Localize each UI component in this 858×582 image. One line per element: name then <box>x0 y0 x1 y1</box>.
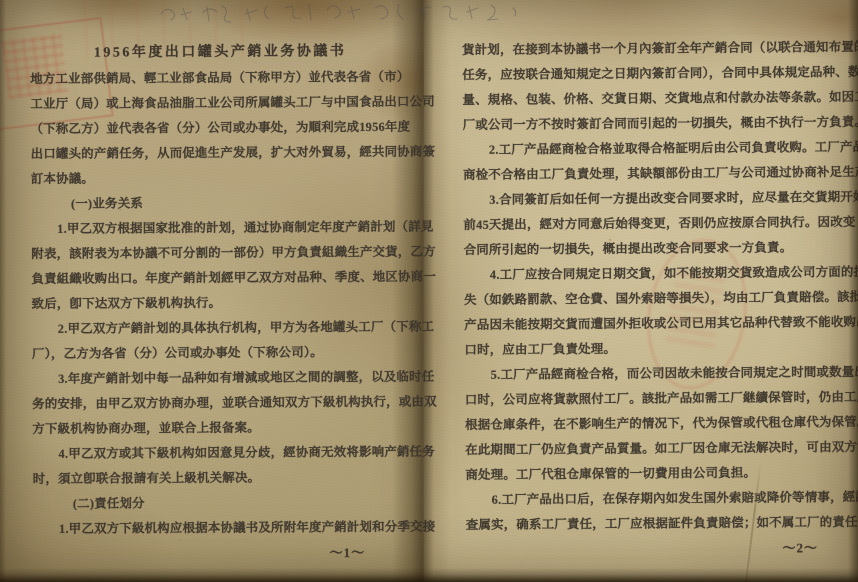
photo-edge-left <box>0 0 6 582</box>
text-line: 1.甲乙双方下級机构应根据本协議书及所附年度产銷計划和分季交接 <box>33 515 413 542</box>
text-line: 方下級机构协商办理，並联合上报备案。 <box>32 415 412 442</box>
text-line: 厂或公司一方不按时簽訂合同而引起的一切損失，概由不执行一方負責。 <box>463 110 841 138</box>
text-line: 量、規格、包装、价格、交貨日期、交貨地点和付款办法等条款。如因工 <box>462 85 840 113</box>
text-line: 負責組織收购出口。年度产銷計划經甲乙双方对品种、季度、地区协商一 <box>31 265 411 292</box>
text-line: 商检不合格由工厂負責处理，其缺額部份由工厂与公司通过协商补足生产。 <box>463 160 841 188</box>
text-line: 厂），乙方为各省（分）公司或办事处（下称公司）。 <box>32 340 412 367</box>
text-line: 查属实，确系工厂責任，工厂应根据証件負責賠偿；如不属工厂的責任則 <box>466 510 844 538</box>
text-line: 5.工厂产品經商检合格，而公司因故未能按合同規定之时間或数量出 <box>465 360 843 388</box>
text-line: 3.年度产銷計划中每一品种如有增減或地区之間的調整，以及临时任 <box>32 365 412 392</box>
text-line: 工业厅（局）或上海食品油脂工业公司所属罐头工厂与中国食品出口公司 <box>30 90 410 117</box>
text-line: 地方工业部供銷局、輕工业部食品局（下称甲方）並代表各省（市） <box>30 65 410 92</box>
text-line: 4.工厂应按合同規定日期交貨，如不能按期交貨致造成公司方面的損 <box>464 260 842 288</box>
handwriting-mark <box>155 0 525 30</box>
text-line: 失（如鉄路罰款、空仓費、国外索賠等損失），均由工厂負責賠偿。該批 <box>464 285 842 313</box>
text-line: 务的安排，由甲乙双方协商办理，並联合通知双方下級机构执行，或由双 <box>32 390 412 417</box>
text-line: 出口罐头的产銷任务，从而促進生产发展，扩大对外貿易，經共同协商簽 <box>31 140 411 167</box>
page-number-1: ～1～ <box>33 540 413 567</box>
photo-edge-bottom <box>0 568 858 582</box>
text-line: 在此期間工厂仍应負責产品質量。如工厂因仓庫无法解决时，可由双方协 <box>465 435 843 463</box>
text-line: 6.工厂产品出口后，在保存期內如发生国外索賠或降价等情事，經調 <box>466 485 844 513</box>
scanned-document-photo: 1956年度出口罐头产銷业务协議书 地方工业部供銷局、輕工业部食品局（下称甲方）… <box>0 0 858 582</box>
text-line: 3.合同簽訂后如任何一方提出改变合同要求时，应尽量在交貨期开始 <box>463 185 841 213</box>
text-line: 2.工厂产品經商检合格並取得合格証明后由公司負責收购。工厂产品經 <box>463 135 841 163</box>
text-line: 口时，公司应将貨款照付工厂。該批产品如需工厂継續保管时，仍由工厂 <box>465 385 843 413</box>
text-line: 2.甲乙双方产銷計划的具体执行机构，甲方为各地罐头工厂（下称工 <box>32 315 412 342</box>
page-number-2: ～2～ <box>466 535 844 563</box>
text-line: 前45天提出，經对方同意后始得变更，否則仍应按原合同执行。因改变 <box>463 210 841 238</box>
text-line: 根据仓庫条件，在不影响生产的情况下，代为保管或代租仓庫代为保管。 <box>465 410 843 438</box>
photo-edge-right <box>848 0 858 582</box>
section-heading: (二)責任划分 <box>33 490 413 517</box>
text-line: 商处理。工厂代租仓庫保管的一切費用由公司負担。 <box>465 460 843 488</box>
text-line: 合同所引起的一切損失，概由提出改变合同要求一方負責。 <box>464 235 842 263</box>
text-line: 4.甲乙双方或其下級机构如因意見分歧，經协商无效将影响产銷任务 <box>32 440 412 467</box>
document-title: 1956年度出口罐头产銷业务协議书 <box>30 38 410 67</box>
page-2-text: 貨計划，在接到本协議书一个月內簽訂全年产銷合同（以联合通知布置的 任务，应按联合… <box>462 35 844 563</box>
text-line: 时，須立卽联合报請有关上級机关解决。 <box>33 465 413 492</box>
text-line: 口时，应由工厂負責处理。 <box>464 335 842 363</box>
text-line: 貨計划，在接到本协議书一个月內簽訂全年产銷合同（以联合通知布置的 <box>462 35 840 63</box>
page-1-text: 1956年度出口罐头产銷业务协議书 地方工业部供銷局、輕工业部食品局（下称甲方）… <box>30 38 413 567</box>
text-line: 致后，卽下达双方下級机构执行。 <box>32 290 412 317</box>
text-line: 附表，該附表为本协議不可分割的一部份）甲方負責組織生产交貨，乙方 <box>31 240 411 267</box>
text-line: （下称乙方）並代表各省（分）公司或办事处，为順利完成1956年度 <box>30 115 410 142</box>
text-line: 訂本协議。 <box>31 165 411 192</box>
text-line: 1.甲乙双方根据国家批准的計划，通过协商制定年度产銷計划（詳見 <box>31 215 411 242</box>
section-heading: (一)业务关系 <box>31 190 411 217</box>
text-line: 任务，应按联合通知規定之日期內簽訂合同），合同中具体規定品种、数 <box>462 60 840 88</box>
text-line: 产品因未能按期交貨而遭国外拒收或公司已用其它品种代替致不能收购出 <box>464 310 842 338</box>
